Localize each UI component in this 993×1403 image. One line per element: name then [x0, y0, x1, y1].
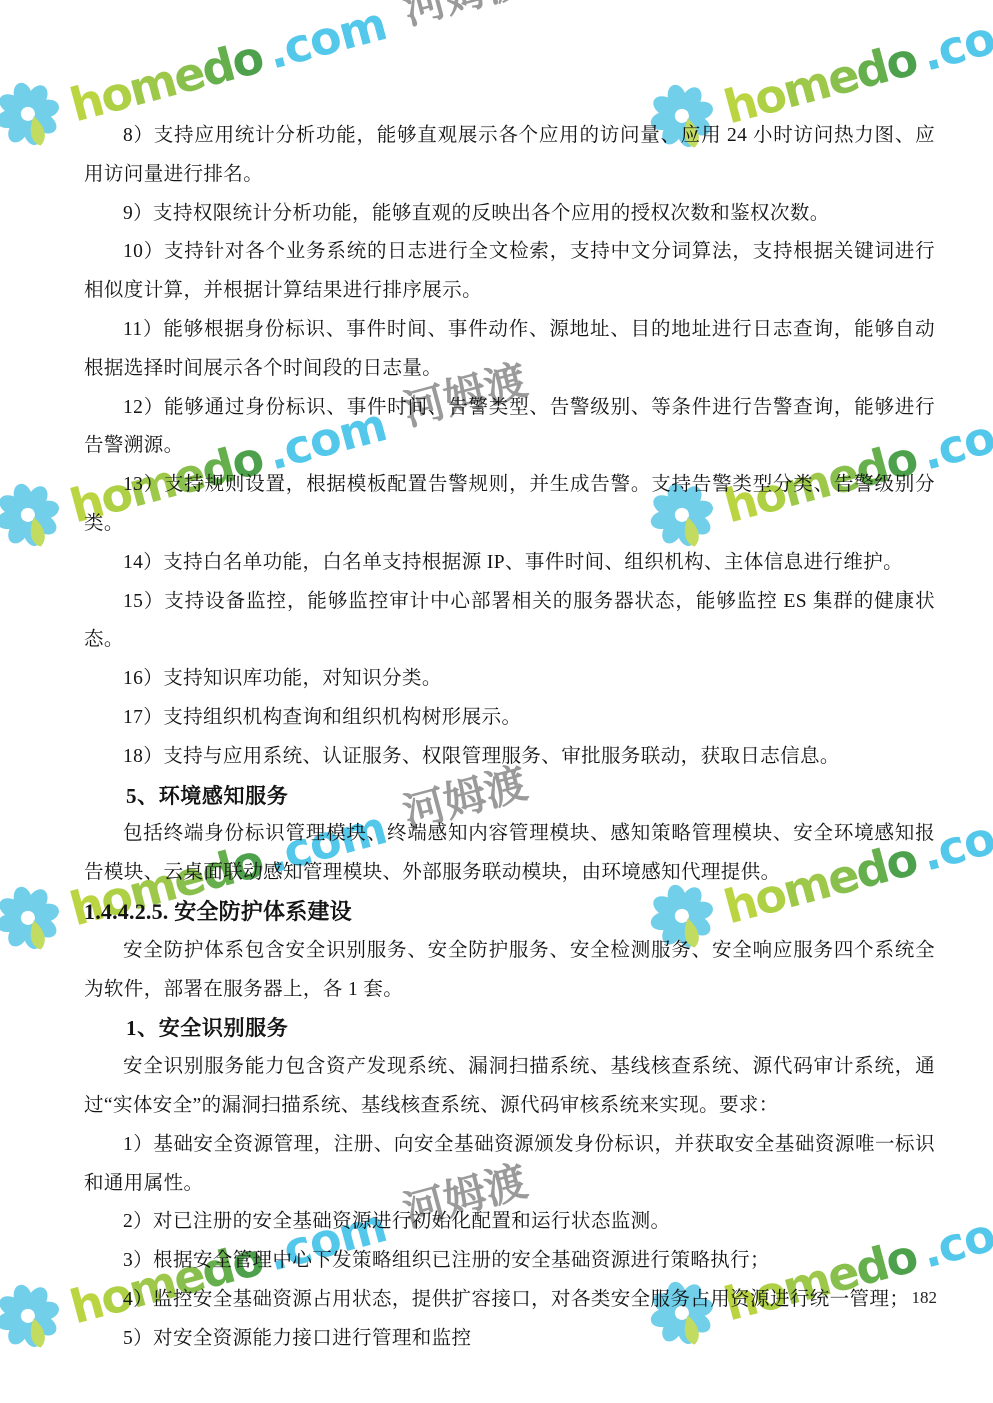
page-number: 182 [912, 1288, 938, 1308]
homedo-flower-icon [0, 879, 69, 965]
list-item-12: 12）能够通过身份标识、事件时间、告警类型、告警级别、等条件进行告警查询，能够进… [84, 389, 935, 467]
watermark-domain-text: .com [263, 0, 391, 76]
watermark-domain-text: .com [917, 2, 993, 78]
homedo-flower-icon [0, 1277, 69, 1363]
page-content: 8）支持应用统计分析功能，能够直观展示各个应用的访问量、应用 24 小时访问热力… [84, 117, 935, 1359]
list-item-2: 2）对已注册的安全基础资源进行初始化配置和运行状态监测。 [84, 1203, 935, 1242]
paragraph-env-sense-body: 包括终端身份标识管理模块、终端感知内容管理模块、感知策略管理模块、安全环境感知报… [84, 815, 935, 893]
homedo-flower-icon [0, 75, 69, 161]
list-item-10: 10）支持针对各个业务系统的日志进行全文检索，支持中文分词算法，支持根据关键词进… [84, 233, 935, 311]
list-item-14: 14）支持白名单功能，白名单支持根据源 IP、事件时间、组织机构、主体信息进行维… [84, 544, 935, 583]
list-item-3: 3）根据安全管理中心下发策略组织已注册的安全基础资源进行策略执行； [84, 1242, 935, 1281]
watermark-brand-text: homedo [65, 33, 266, 128]
homedo-flower-icon [0, 476, 69, 562]
list-item-16: 16）支持知识库功能，对知识分类。 [84, 660, 935, 699]
list-item-1: 1）基础安全资源管理，注册、向安全基础资源颁发身份标识，并获取安全基础资源唯一标… [84, 1126, 935, 1204]
list-item-15: 15）支持设备监控，能够监控审计中心部署相关的服务器状态，能够监控 ES 集群的… [84, 583, 935, 661]
list-item-18: 18）支持与应用系统、认证服务、权限管理服务、审批服务联动，获取日志信息。 [84, 738, 935, 777]
list-item-8: 8）支持应用统计分析功能，能够直观展示各个应用的访问量、应用 24 小时访问热力… [84, 117, 935, 195]
list-item-4: 4）监控安全基础资源占用状态，提供扩容接口，对各类安全服务占用资源进行统一管理； [84, 1281, 935, 1320]
list-item-17: 17）支持组织机构查询和组织机构树形展示。 [84, 699, 935, 738]
paragraph-protection-intro: 安全防护体系包含安全识别服务、安全防护服务、安全检测服务、安全响应服务四个系统全… [84, 932, 935, 1010]
section-heading-1-4-4-2-5: 1.4.4.2.5. 安全防护体系建设 [84, 893, 935, 932]
watermark-cn-text: 河姆渡 [399, 0, 532, 31]
subsection-heading-env-sense: 5、环境感知服务 [84, 777, 935, 816]
list-item-5: 5）对安全资源能力接口进行管理和监控 [84, 1320, 935, 1359]
list-item-9: 9）支持权限统计分析功能，能够直观的反映出各个应用的授权次数和鉴权次数。 [84, 195, 935, 234]
document-page: homedo.com河姆渡 homedo.com河姆渡 [0, 0, 993, 1403]
list-item-13: 13）支持规则设置，根据模板配置告警规则，并生成告警。支持告警类型分类、告警级别… [84, 466, 935, 544]
paragraph-identify-intro: 安全识别服务能力包含资产发现系统、漏洞扫描系统、基线核查系统、源代码审计系统，通… [84, 1048, 935, 1126]
list-item-11: 11）能够根据身份标识、事件时间、事件动作、源地址、目的地址进行日志查询，能够自… [84, 311, 935, 389]
subsection-heading-identify-service: 1、安全识别服务 [84, 1009, 935, 1048]
